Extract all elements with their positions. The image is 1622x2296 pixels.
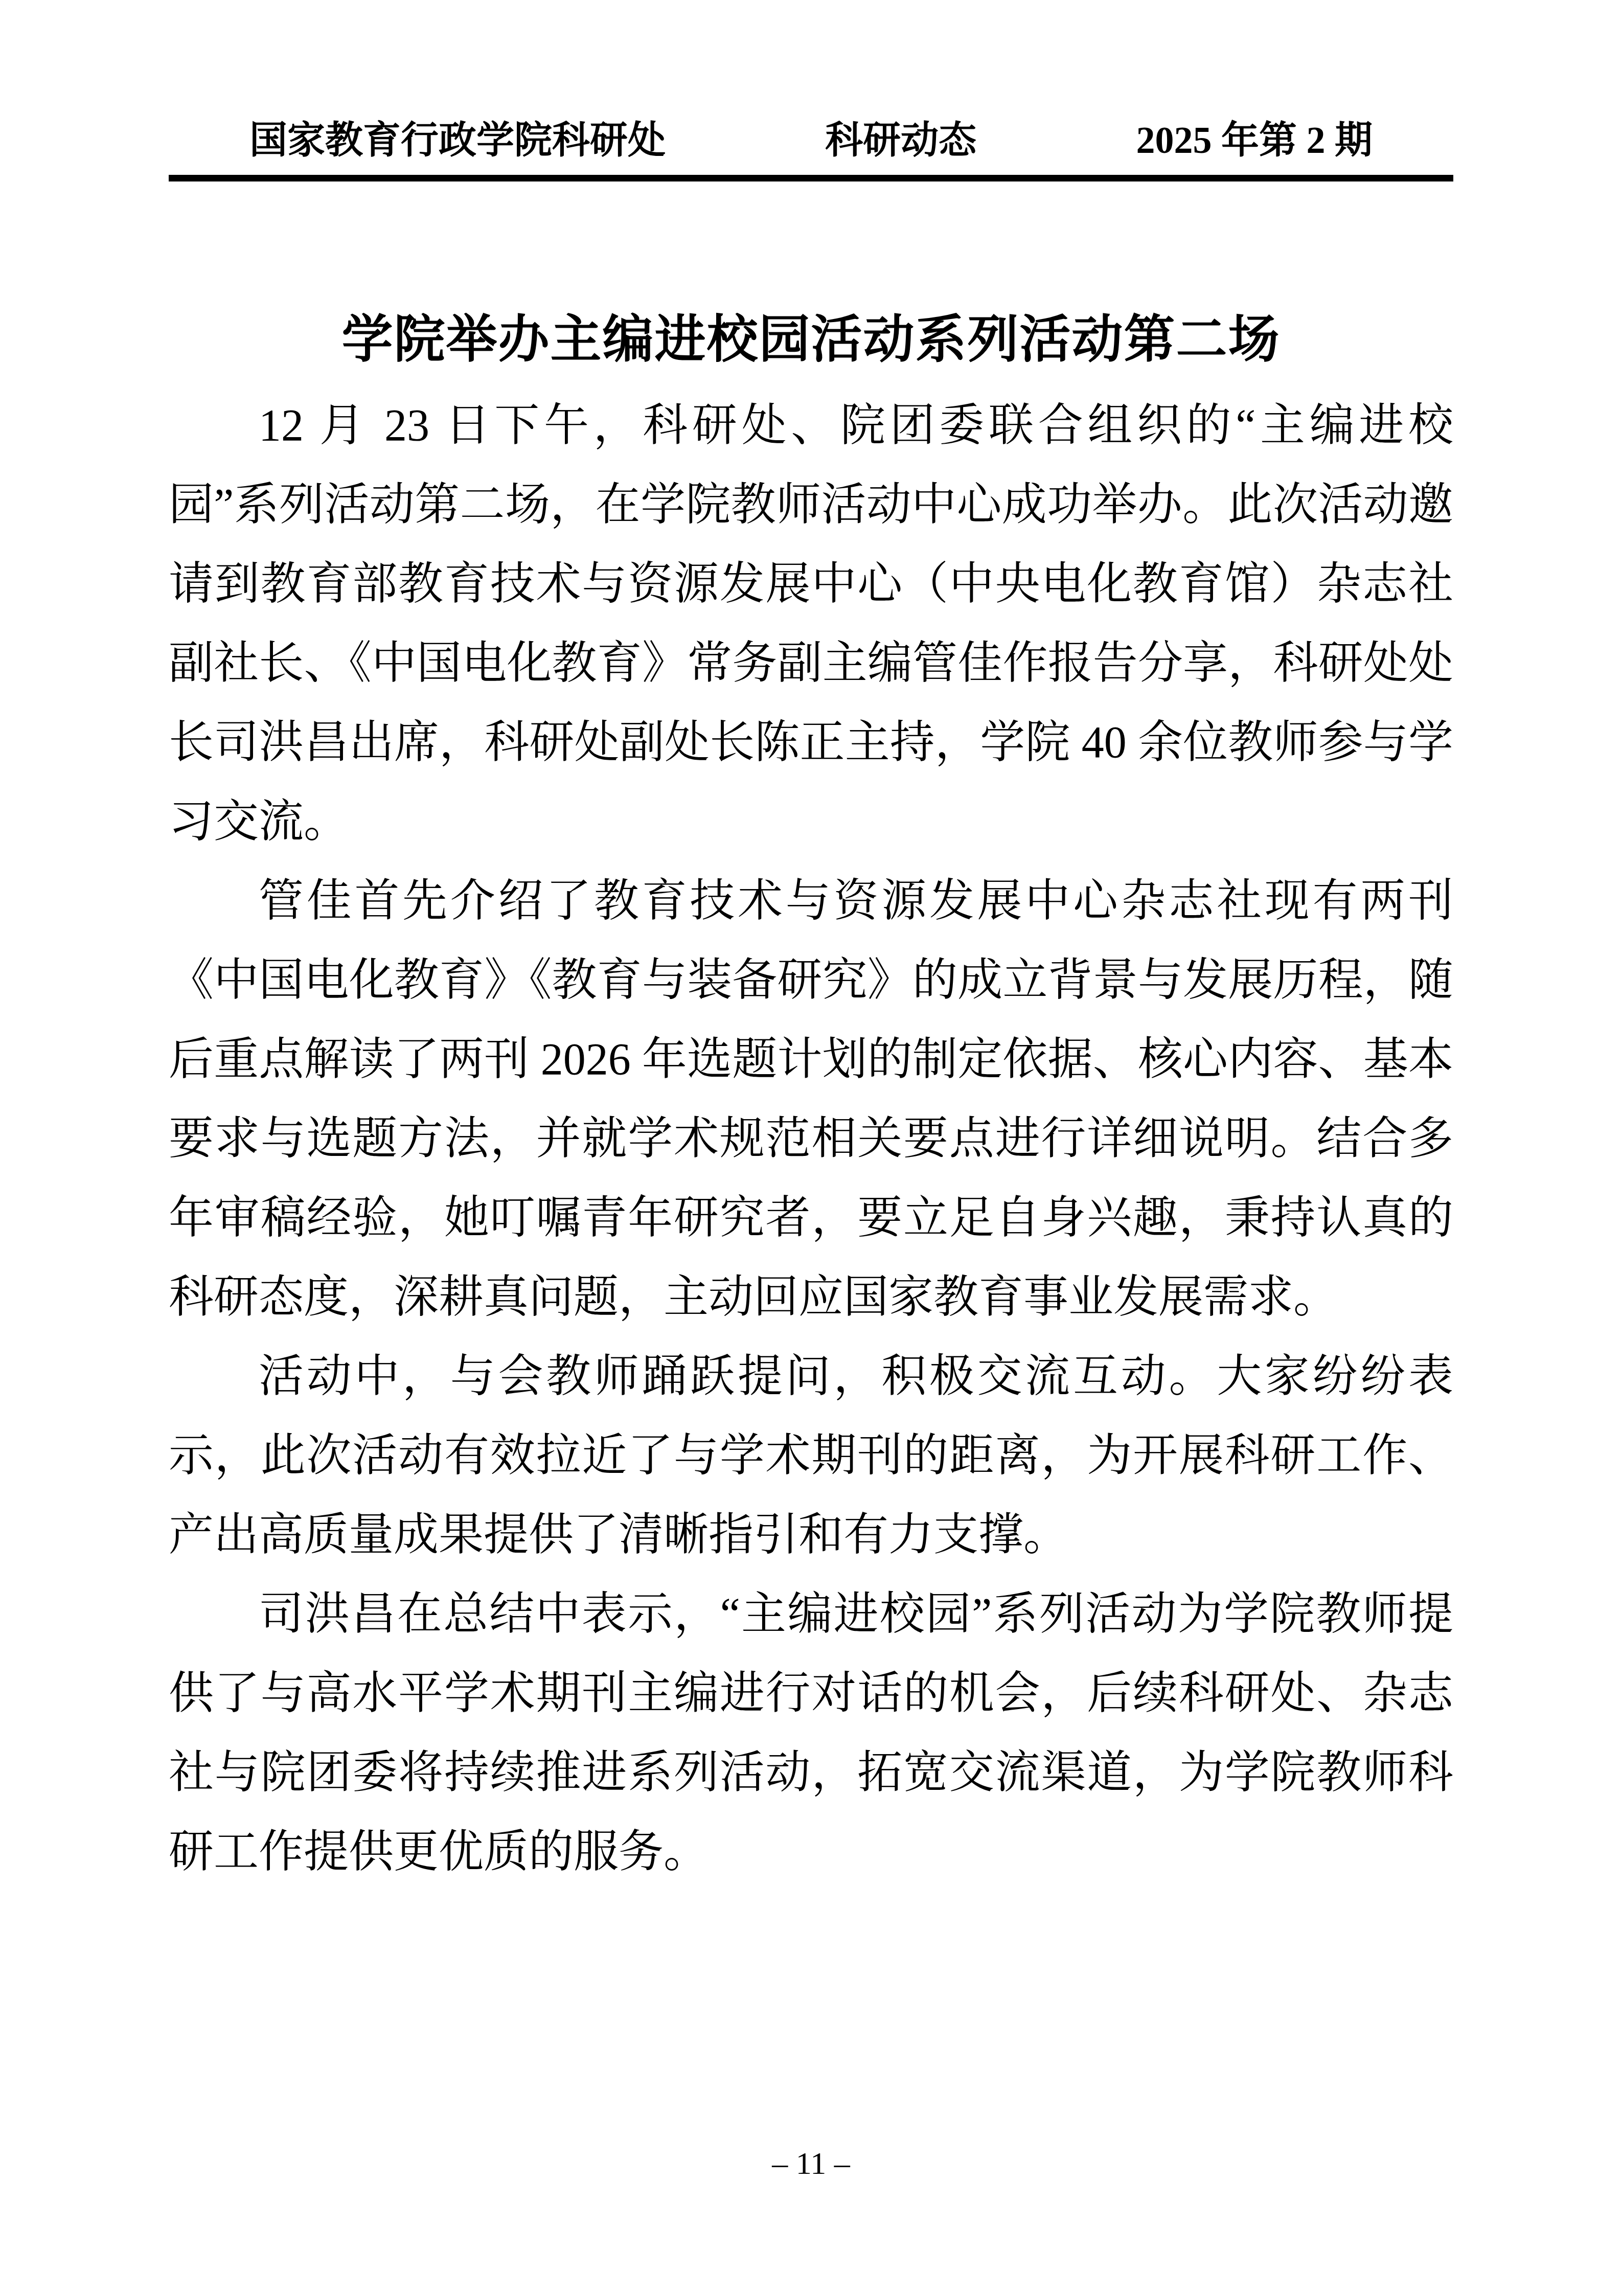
paragraph-1: 12 月 23 日下午，科研处、院团委联合组织的“主编进校园”系列活动第二场，在… xyxy=(169,386,1453,861)
page-footer: – 11 – xyxy=(0,2148,1622,2179)
page-header: 国家教育行政学院科研处 科研动态 2025 年第 2 期 xyxy=(169,120,1453,162)
document-page: 国家教育行政学院科研处 科研动态 2025 年第 2 期 学院举办主编进校园活动… xyxy=(0,0,1622,2296)
page-number: – 11 – xyxy=(772,2146,850,2181)
paragraph-4: 司洪昌在总结中表示，“主编进校园”系列活动为学院教师提供了与高水平学术期刊主编进… xyxy=(169,1575,1453,1892)
header-issue-info: 2025 年第 2 期 xyxy=(1136,120,1373,162)
header-publication-name: 科研动态 xyxy=(825,120,976,162)
article-title: 学院举办主编进校园活动系列活动第二场 xyxy=(169,306,1453,373)
header-org-name: 国家教育行政学院科研处 xyxy=(249,120,666,162)
paragraph-3: 活动中，与会教师踊跃提问，积极交流互动。大家纷纷表示，此次活动有效拉近了与学术期… xyxy=(169,1337,1453,1575)
article-body: 12 月 23 日下午，科研处、院团委联合组织的“主编进校园”系列活动第二场，在… xyxy=(169,386,1453,1892)
paragraph-2: 管佳首先介绍了教育技术与资源发展中心杂志社现有两刊《中国电化教育》《教育与装备研… xyxy=(169,861,1453,1337)
header-divider xyxy=(169,175,1453,181)
